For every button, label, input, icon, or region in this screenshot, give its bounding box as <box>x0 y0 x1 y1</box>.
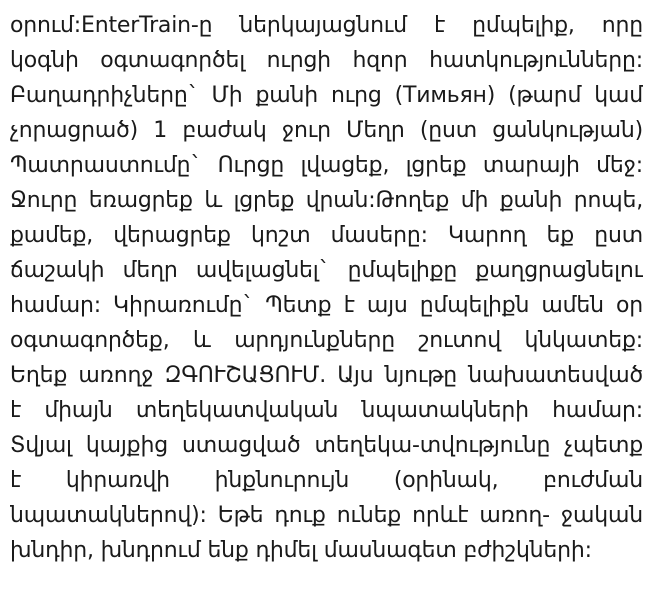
text-line: նպատակներով): Եթե դուք ունեք որևէ առող- … <box>10 498 643 533</box>
text-line: օրում:EnterTrain-ը ներկայացնում է ըմպելի… <box>10 8 643 43</box>
text-line: է միայն տեղեկատվական նպատակների համար: <box>10 393 643 428</box>
text-line: քամեք, վերացրեք կոշտ մասերը: Կարող եք ըս… <box>10 218 643 253</box>
text-line: Պատրաստումը` Ուրցը լվացեք, լցրեք տարայի … <box>10 148 643 183</box>
text-line: Բաղադրիչները` Մի քանի ուրց (Тимьян) (թար… <box>10 78 643 113</box>
text-line: Ջուրը եռացրեք և լցրեք վրան:Թողեք մի քանի… <box>10 183 643 218</box>
text-line: համար: Կիրառումը` Պետք է այս ըմպելիքն ամ… <box>10 288 643 323</box>
text-line: Եղեք առողջ ԶԳՈՒՇԱՑՈՒՄ. Այս նյութը նախատե… <box>10 358 643 393</box>
text-page: օրում:EnterTrain-ը ներկայացնում է ըմպելի… <box>0 0 653 592</box>
text-line: է կիրառվի ինքնուրույն (օրինակ, բուժման <box>10 463 643 498</box>
text-line: Տվյալ կայքից ստացված տեղեկա-տվությունը չ… <box>10 428 643 463</box>
article-paragraph: օրում:EnterTrain-ը ներկայացնում է ըմպելի… <box>0 0 653 568</box>
text-line: օգտագործեք, և արդյունքները շուտով կնկատե… <box>10 323 643 358</box>
text-line: ճաշակի մեղր ավելացնել` ըմպելիքը քաղցրացն… <box>10 253 643 288</box>
text-line: կօգնի օգտագործել ուրցի հզոր հատկությունն… <box>10 43 643 78</box>
text-line: չորացրած) 1 բաժակ ջուր Մեղր (ըստ ցանկութ… <box>10 113 643 148</box>
text-line: խնդիր, խնդրում ենք դիմել մասնագետ բժիշկն… <box>10 533 643 568</box>
